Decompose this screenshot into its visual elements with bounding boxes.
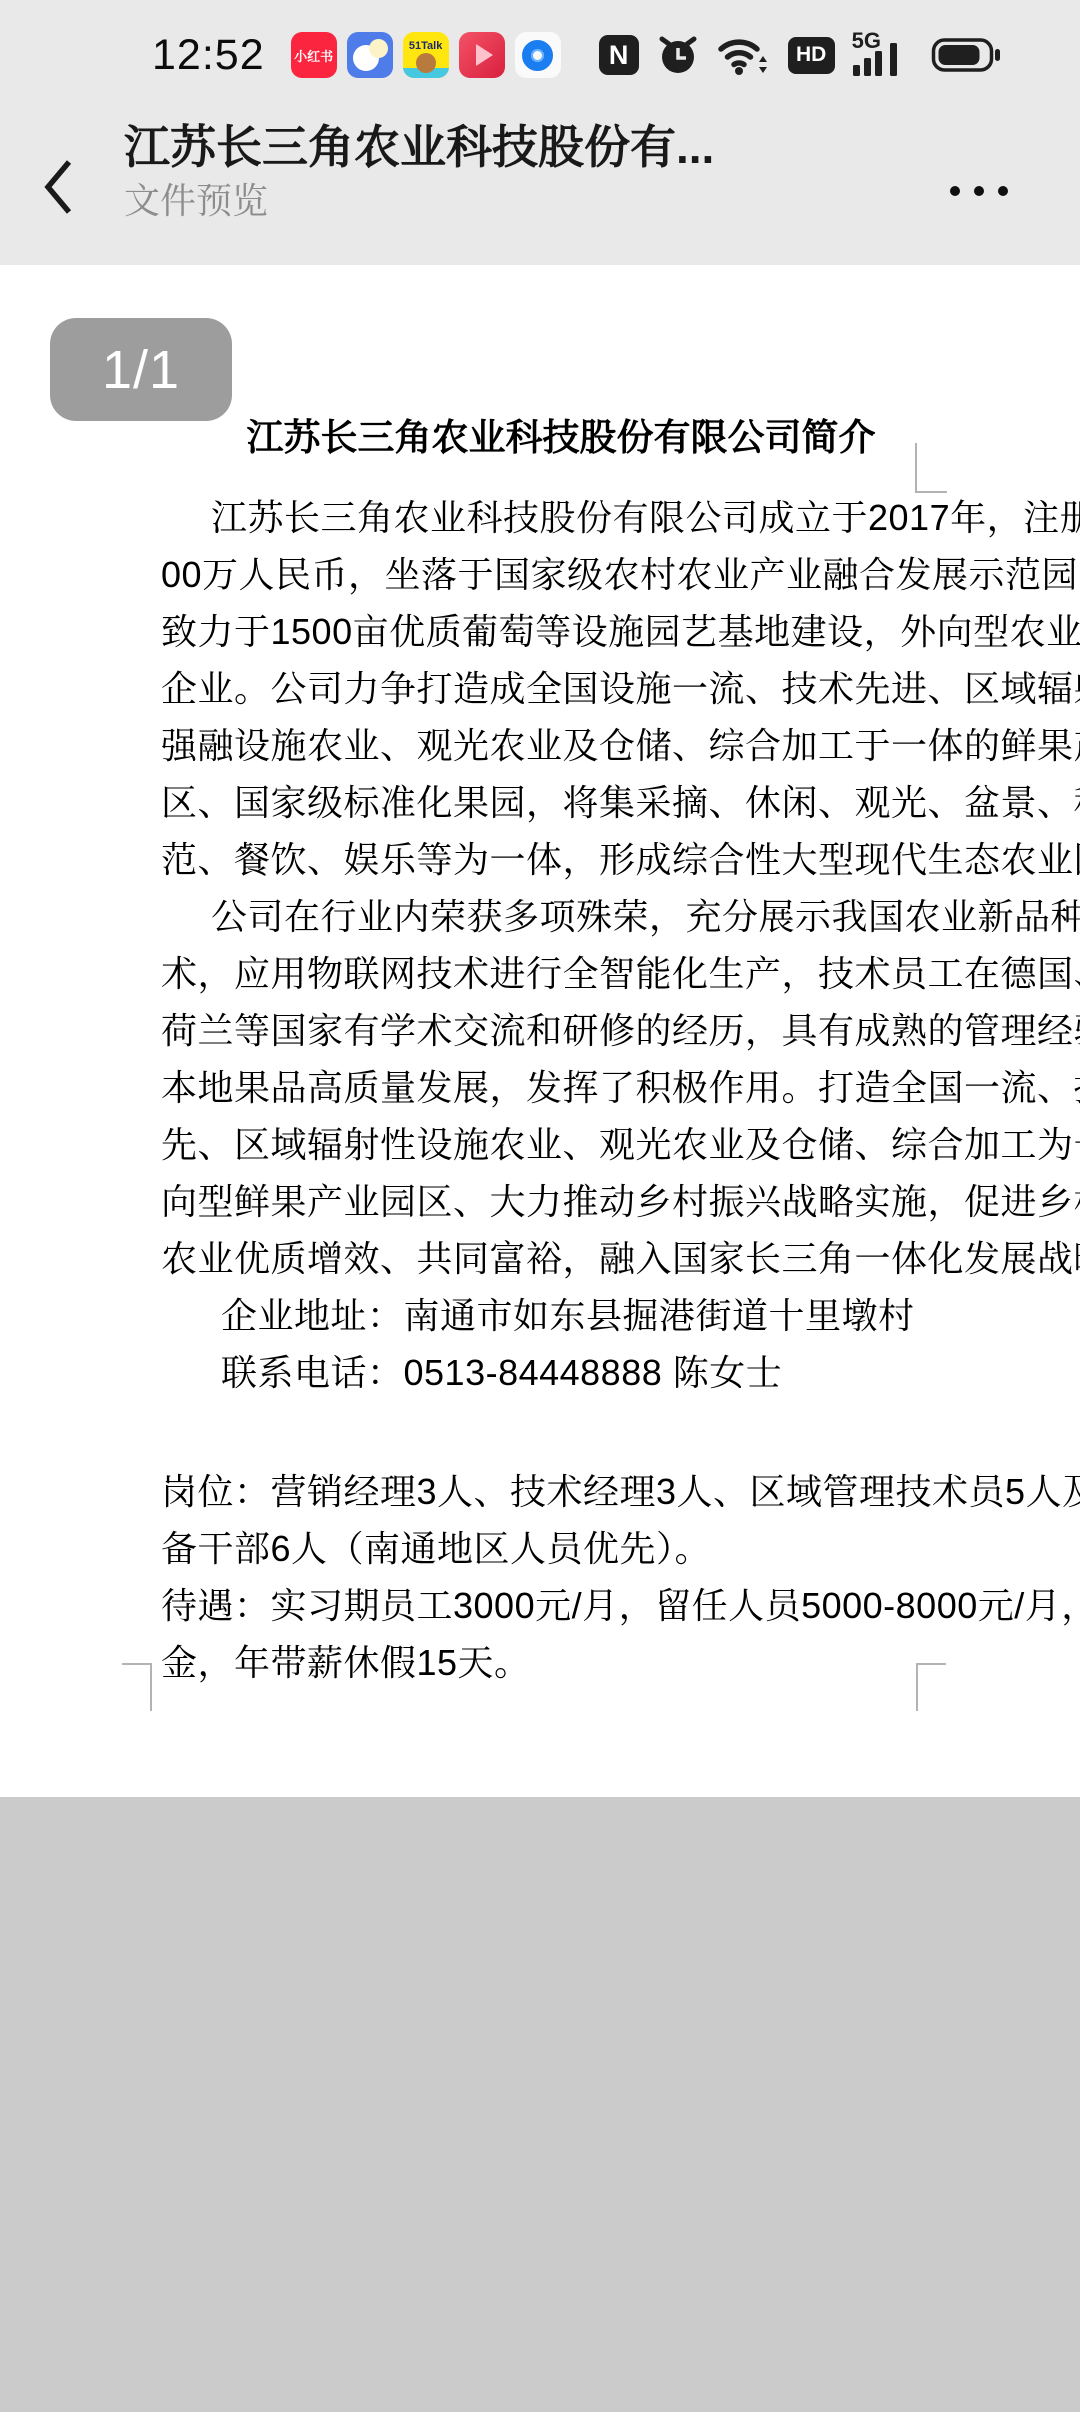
document-text-line: 江苏长三角农业科技股份有限公司成立于2017年，注册资本30 [161,489,961,546]
document-body: 江苏长三角农业科技股份有限公司成立于2017年，注册资本30 00万人民币，坐落… [161,489,961,1691]
document-text-line: 企业地址：南通市如东县掘港街道十里墩村 [161,1287,961,1344]
document-text-line: 农业优质增效、共同富裕，融入国家长三角一体化发展战略。 [161,1230,961,1287]
system-status-icons: N HD 5G [599,32,1003,78]
dot-icon [998,186,1008,196]
monkey-face-icon [416,53,436,73]
nfc-icon: N [599,35,639,75]
clock-time: 12:52 [152,31,265,80]
xiaohongshu-label: 小红书 [294,46,333,65]
51talk-label: 51Talk [409,40,442,52]
more-options-button[interactable] [940,176,1018,206]
dot-icon [974,186,984,196]
51talk-app-icon: 51Talk [403,32,449,78]
battery-icon [931,34,1003,76]
document-text-line: 企业。公司力争打造成全国设施一流、技术先进、区域辐射带动性 [161,660,961,717]
header-titles: 江苏长三角农业科技股份有... 文件预览 [124,118,884,224]
hd-icon: HD [788,37,835,74]
preview-background [0,1797,1080,2412]
document-text-line: 本地果品高质量发展，发挥了积极作用。打造全国一流、技术领 [161,1059,961,1116]
video-app-icon [459,32,505,78]
document-text-line: 先、区域辐射性设施农业、观光农业及仓储、综合加工为一体的外 [161,1116,961,1173]
document-text-line: 区、国家级标准化果园，将集采摘、休闲、观光、盆景、科研、示 [161,774,961,831]
alarm-clock-icon [656,33,700,77]
page-subtitle: 文件预览 [124,178,884,224]
phone-screen: 12:52 小红书 51Talk [0,0,1080,2412]
document-text-line: 强融设施农业、观光农业及仓储、综合加工于一体的鲜果产业园 [161,717,961,774]
cloud-app-icon [347,32,393,78]
status-bar: 12:52 小红书 51Talk [0,0,1080,104]
dot-icon [950,186,960,196]
document-text-line: 00万人民币，坐落于国家级农村农业产业融合发展示范园，是一家 [161,546,961,603]
document-text-line: 向型鲜果产业园区、大力推动乡村振兴战略实施，促进乡村建设、 [161,1173,961,1230]
signal-bars [853,43,897,76]
browser-app-icon [515,32,561,78]
document-text-line: 岗位：营销经理3人、技术经理3人、区域管理技术员5人及其储 [161,1463,961,1520]
document-text-line: 联系电话：0513-84448888 陈女士 [161,1344,961,1401]
play-triangle-icon [476,44,493,66]
file-title: 江苏长三角农业科技股份有... [124,118,884,176]
5g-signal-icon: 5G [852,32,914,78]
browser-ring-icon [522,40,553,71]
xiaohongshu-app-icon: 小红书 [291,32,337,78]
back-button[interactable] [36,154,82,220]
document-content: 江苏长三角农业科技股份有限公司简介 江苏长三角农业科技股份有限公司成立于2017… [161,415,961,1691]
document-text-line: 公司在行业内荣获多项殊荣，充分展示我国农业新品种新技 [161,888,961,945]
wifi-icon [717,32,771,78]
document-preview-page[interactable]: 1/1 江苏长三角农业科技股份有限公司简介 江苏长三角农业科技股份有限公司成立于… [0,265,1080,1797]
document-text-line: 待遇：实习期员工3000元/月，留任人员5000-8000元/月，交5 [161,1577,961,1634]
document-text-line: 范、餐饮、娱乐等为一体，形成综合性大型现代生态农业园区。 [161,831,961,888]
page-number-badge: 1/1 [50,318,232,421]
page-corner-mark-bottom-left [122,1663,152,1711]
document-text-line: 致力于1500亩优质葡萄等设施园艺基地建设，外向型农业科技龙头 [161,603,961,660]
document-title: 江苏长三角农业科技股份有限公司简介 [161,415,961,461]
document-text-line [161,1401,961,1463]
document-text-line: 金，年带薪休假15天。 [161,1634,961,1691]
document-text-line: 备干部6人（南通地区人员优先）。 [161,1520,961,1577]
top-bar-background: 12:52 小红书 51Talk [0,0,1080,265]
notification-app-icons: 小红书 51Talk [291,32,561,78]
app-header: 江苏长三角农业科技股份有... 文件预览 [0,104,1080,265]
chevron-left-icon [39,155,79,219]
cloud-shape-small [369,39,388,58]
document-text-line: 荷兰等国家有学术交流和研修的经历，具有成熟的管理经验。带动 [161,1002,961,1059]
document-text-line: 术，应用物联网技术进行全智能化生产，技术员工在德国、日本、 [161,945,961,1002]
